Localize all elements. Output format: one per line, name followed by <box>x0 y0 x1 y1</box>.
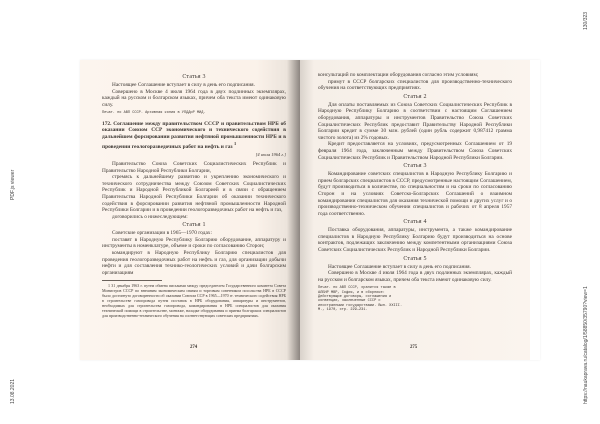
paragraph: стремясь к дальнейшему развитию и укрепл… <box>102 174 286 214</box>
footnote-divider <box>102 280 162 281</box>
print-date: 13.08.2021 <box>10 379 16 404</box>
paragraph: примут в СССР болгарских специалистов дл… <box>318 79 512 92</box>
page-number: 275 <box>410 345 417 350</box>
paragraph: Настоящее Соглашение вступает в силу в д… <box>102 82 286 89</box>
viewer-label: PDF.js viewer <box>10 170 16 200</box>
right-page: консультаций по комплектации оборудовани… <box>300 60 530 360</box>
source-url: https://naukaprava.ru/catalog/1/58850/35… <box>583 286 589 404</box>
paragraph: поставят в Народную Республику Болгарию … <box>102 237 286 250</box>
paragraph: Кредит предоставляется на условиях, пред… <box>318 141 512 161</box>
article-heading: Статья 4 <box>318 219 512 225</box>
book-spread: Статья 3 Настоящее Соглашение вступает в… <box>80 60 540 360</box>
footnote: 1 31 декабря 1963 г. путем обмена письма… <box>102 283 286 318</box>
article-heading: Статья 3 <box>318 163 512 169</box>
document-date: [4 июля 1964 г.] <box>102 152 286 157</box>
source-note: Печат. по АВП СССР. Архивная копия в УПД… <box>102 111 286 115</box>
paragraph: Совершено в Москве 4 июля 1964 года в дв… <box>102 89 286 109</box>
paragraph: командируют в Народную Республику Болгар… <box>102 250 286 276</box>
paragraph: консультаций по комплектации оборудовани… <box>318 72 512 79</box>
document-title-text: 172. Соглашение между правительством ССС… <box>102 121 286 150</box>
source-reference: Печат. по АВП СССР, хранится также в АЛБ… <box>318 286 403 312</box>
left-page: Статья 3 Настоящее Соглашение вступает в… <box>80 60 300 360</box>
article-heading: Статья 2 <box>318 94 512 100</box>
article-heading: Статья 3 <box>102 74 286 80</box>
page-counter: 130/323 <box>583 12 589 30</box>
paragraph: Советские организации в 1965—1970 годах: <box>102 230 286 237</box>
article-heading: Статья 5 <box>318 256 512 262</box>
footnote-mark: 1 <box>234 141 236 146</box>
page-number: 274 <box>190 345 197 350</box>
paragraph: Поставка оборудования, аппаратуры, инстр… <box>318 227 512 253</box>
paragraph: Для оплаты поставляемых из Союза Советск… <box>318 102 512 142</box>
paragraph: Совершено в Москве 4 июля 1964 года в дв… <box>318 270 512 283</box>
paragraph: Командирование советских специалистов в … <box>318 171 512 217</box>
paragraph: договорились о нижеследующем: <box>102 214 286 221</box>
article-heading: Статья 1 <box>102 222 286 228</box>
paragraph: Правительство Союза Советских Социалисти… <box>102 161 286 174</box>
document-title: 172. Соглашение между правительством ССС… <box>102 121 286 150</box>
